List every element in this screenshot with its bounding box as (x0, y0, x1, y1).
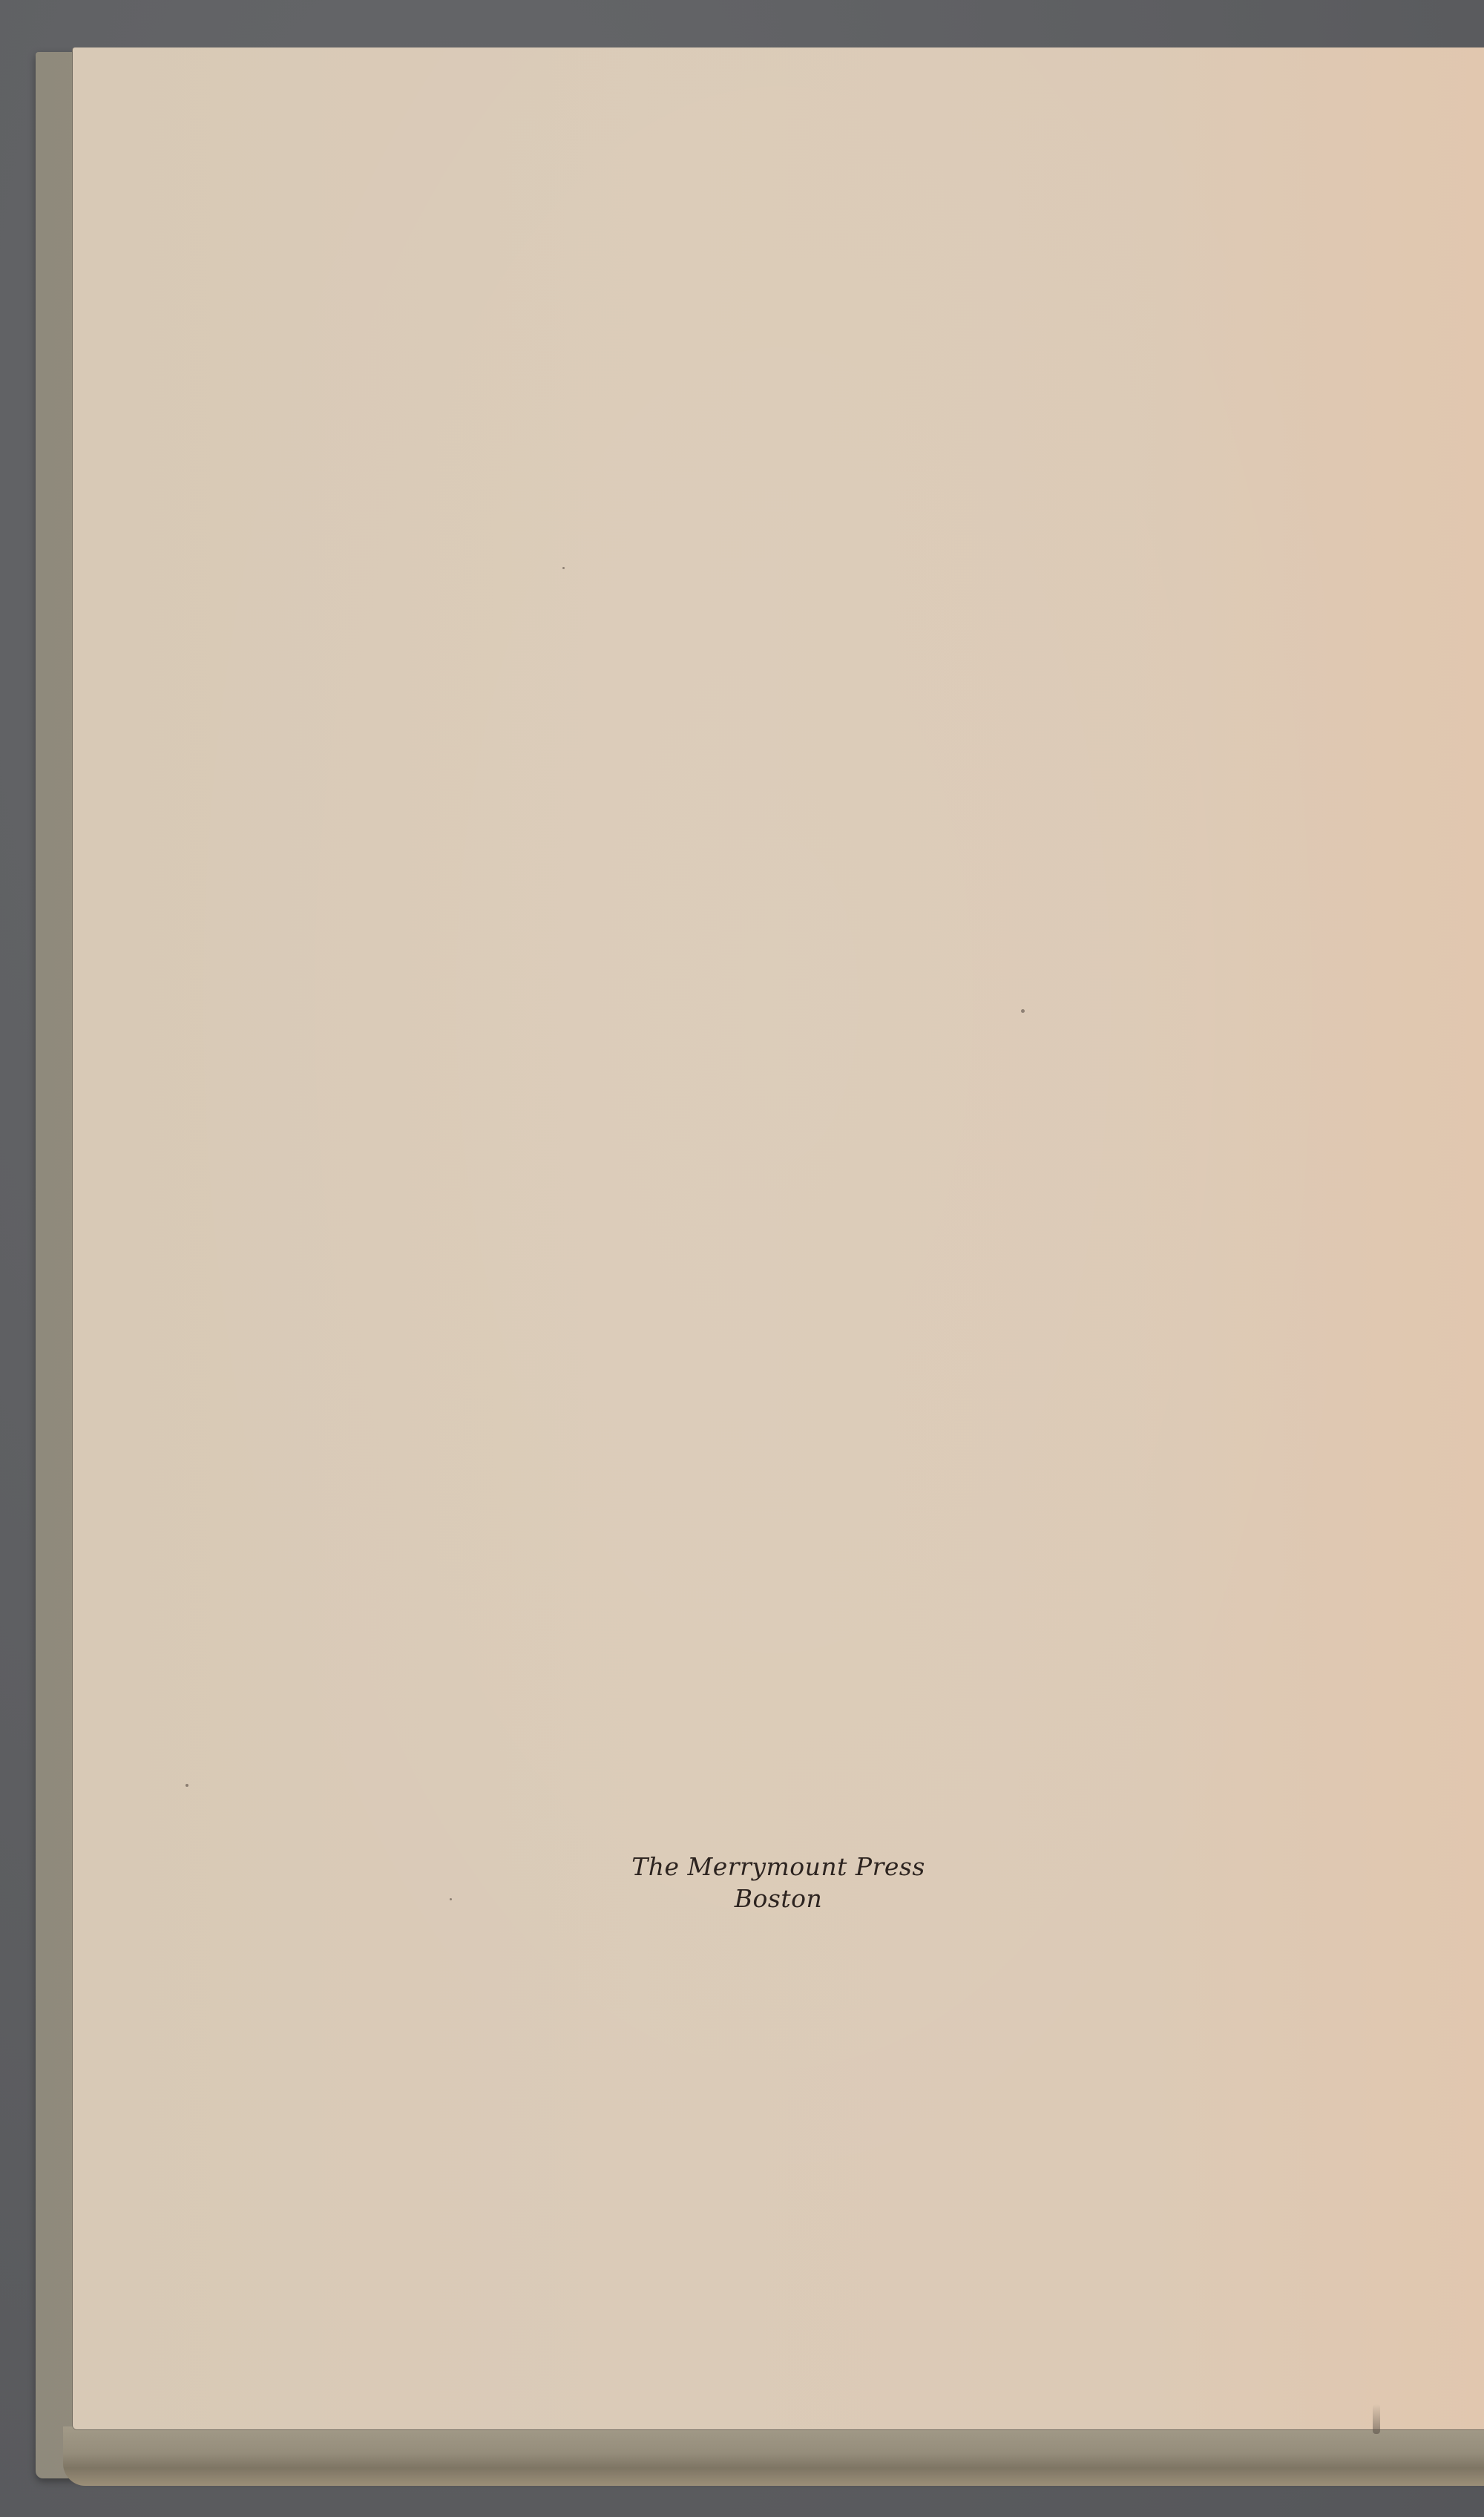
imprint-press-name: The Merrymount Press (73, 1851, 1484, 1883)
paper-speck (185, 1784, 188, 1787)
imprint-city: Boston (73, 1883, 1484, 1914)
bottom-board-edge (63, 2426, 1484, 2486)
paper-speck (1021, 1009, 1025, 1013)
page-tear-mark (1373, 2404, 1380, 2434)
colophon-imprint: The Merrymount Press Boston (73, 1851, 1484, 1914)
paper-speck (562, 567, 565, 569)
book-page: The Merrymount Press Boston (73, 47, 1484, 2429)
